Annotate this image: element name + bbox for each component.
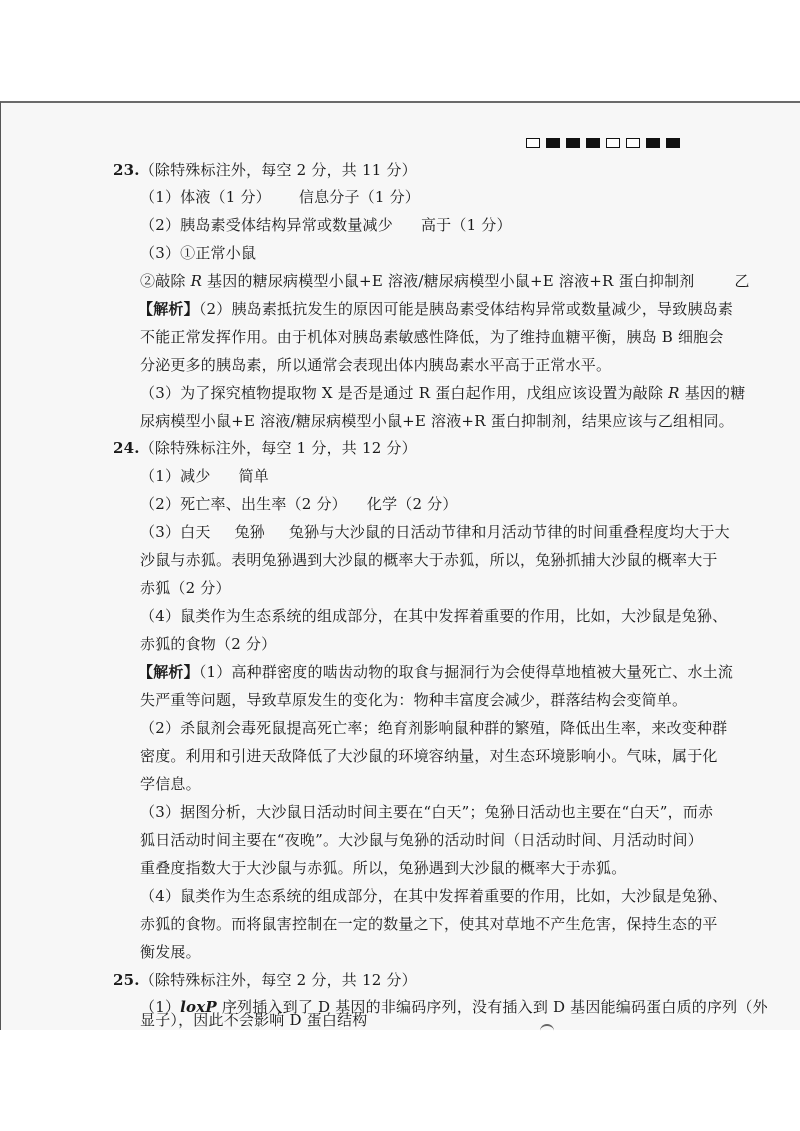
q25-answer-1-line: 显子），因此不会影响 D 蛋白结构 [140, 1010, 367, 1030]
q24-analysis-3-line: 重叠度指数大于大沙鼠与赤狐。所以，兔狲遇到大沙鼠的概率大于赤狐。 [140, 858, 626, 878]
marker-square-filled [666, 138, 680, 148]
q24-analysis-2-line: 学信息。 [140, 774, 201, 794]
answer-label: （1） [140, 467, 180, 485]
analysis-text: 基因的糖 [680, 384, 746, 402]
answer-text: 乙 [735, 272, 750, 290]
marker-square-empty [626, 138, 640, 148]
q23-analysis-3-line: （3）为了探究植物提取物 X 是否是通过 R 蛋白起作用，戊组应该设置为敲除 R… [140, 383, 745, 403]
analysis-text: （1）高种群密度的啮齿动物的取食与掘洞行为会使得草地植被大量死亡、水土流 [199, 663, 733, 681]
answer-text: 高于（1 分） [421, 216, 512, 234]
q24-answer-1: （1）减少简单 [140, 466, 269, 486]
answer-text: 死亡率、出生率（2 分） [180, 495, 347, 513]
answer-label: （2） [140, 495, 180, 513]
q24-number: 24. [113, 439, 140, 457]
q24-analysis-2: （2）杀鼠剂会毒死鼠提高死亡率；绝育剂影响鼠种群的繁殖，降低出生率，来改变种群 [140, 718, 727, 738]
q24-analysis-1: 【解析】（1）高种群密度的啮齿动物的取食与掘洞行为会使得草地植被大量死亡、水土流 [138, 662, 733, 682]
q23-analysis-line: 分泌更多的胰岛素，所以通常会表现出体内胰岛素水平高于正常水平。 [140, 355, 611, 375]
answer-text: 兔狲 [235, 523, 265, 541]
page-scan-artifact [540, 1024, 554, 1033]
q24-analysis-4: （4）鼠类作为生态系统的组成部分，在其中发挥着重要的作用，比如，大沙鼠是兔狲、 [140, 886, 727, 906]
marker-square-empty [606, 138, 620, 148]
answer-text: 白天 [180, 523, 210, 541]
q23-answer-1: （1）体液（1 分）信息分子（1 分） [140, 187, 420, 207]
answer-text: 基因的糖尿病模型小鼠+E 溶液/糖尿病模型小鼠+E 溶液+R 蛋白抑制剂 [202, 272, 694, 290]
answer-text: 兔狲与大沙鼠的日活动节律和月活动节律的时间重叠程度均大于大 [289, 523, 730, 541]
q25-number: 25. [113, 971, 140, 989]
answer-label: （3） [140, 523, 180, 541]
analysis-tag: 【解析】 [138, 300, 199, 318]
q24-analysis-4-line: 赤狐的食物。而将鼠害控制在一定的数量之下，使其对草地不产生危害，保持生态的平 [140, 914, 718, 934]
analysis-tag: 【解析】 [138, 663, 199, 681]
answer-text: 胰岛素受体结构异常或数量减少 [180, 216, 393, 234]
q25-scoring-note: （除特殊标注外，每空 2 分，共 12 分） [140, 971, 417, 989]
gene-name: R [191, 272, 203, 290]
q24-answer-3-line: 赤狐（2 分） [140, 578, 231, 598]
page-marker-squares [526, 138, 680, 148]
q23-answer-3-part2: ②敲除 R 基因的糖尿病模型小鼠+E 溶液/糖尿病模型小鼠+E 溶液+R 蛋白抑… [140, 271, 750, 291]
q24-analysis-1-line: 失严重等问题，导致草原发生的变化为：物种丰富度会减少，群落结构会变简单。 [140, 690, 687, 710]
q24-scoring-note: （除特殊标注外，每空 1 分，共 12 分） [140, 439, 417, 457]
answer-label: （1） [140, 188, 180, 206]
marker-square-filled [586, 138, 600, 148]
q23-analysis-3-line: 尿病模型小鼠+E 溶液/糖尿病模型小鼠+E 溶液+R 蛋白抑制剂，结果应该与乙组… [140, 411, 734, 431]
q23-heading: 23.（除特殊标注外，每空 2 分，共 11 分） [113, 160, 417, 180]
marker-square-filled [646, 138, 660, 148]
answer-text: ①正常小鼠 [180, 244, 256, 262]
q24-analysis-3: （3）据图分析，大沙鼠日活动时间主要在“白天”；兔狲日活动也主要在“白天”，而赤 [140, 802, 713, 822]
q23-analysis-line: 不能正常发挥作用。由于机体对胰岛素敏感性降低，为了维持血糖平衡，胰岛 B 细胞会 [140, 327, 724, 347]
answer-text: 信息分子（1 分） [299, 188, 420, 206]
answer-text: ②敲除 [140, 272, 191, 290]
q24-heading: 24.（除特殊标注外，每空 1 分，共 12 分） [113, 438, 417, 458]
answer-label: （2） [140, 216, 180, 234]
q24-answer-4-line: 赤狐的食物（2 分） [140, 634, 276, 654]
analysis-text: （2）胰岛素抵抗发生的原因可能是胰岛素受体结构异常或数量减少，导致胰岛素 [199, 300, 733, 318]
q24-answer-4: （4）鼠类作为生态系统的组成部分，在其中发挥着重要的作用，比如，大沙鼠是兔狲、 [140, 606, 727, 626]
marker-square-filled [566, 138, 580, 148]
q23-scoring-note: （除特殊标注外，每空 2 分，共 11 分） [140, 161, 417, 179]
q25-heading: 25.（除特殊标注外，每空 2 分，共 12 分） [113, 970, 417, 990]
answer-text: 减少 [180, 467, 210, 485]
gene-name: R [668, 384, 680, 402]
q24-answer-2: （2）死亡率、出生率（2 分）化学（2 分） [140, 494, 458, 514]
answer-text: 化学（2 分） [367, 495, 458, 513]
q23-analysis-line: 【解析】（2）胰岛素抵抗发生的原因可能是胰岛素受体结构异常或数量减少，导致胰岛素 [138, 299, 733, 319]
marker-square-empty [526, 138, 540, 148]
marker-square-filled [546, 138, 560, 148]
q24-analysis-4-line: 衡发展。 [140, 942, 201, 962]
q24-analysis-2-line: 密度。利用和引进天敌降低了大沙鼠的环境容纳量，对生态环境影响小。气味，属于化 [140, 746, 718, 766]
q23-number: 23. [113, 161, 140, 179]
answer-text: 简单 [239, 467, 269, 485]
q24-analysis-3-line: 狐日活动时间主要在“夜晚”。大沙鼠与兔狲的活动时间（日活动时间、月活动时间） [140, 830, 703, 850]
q23-answer-3: （3）①正常小鼠 [140, 243, 256, 263]
answer-text: 体液（1 分） [180, 188, 271, 206]
q24-answer-3: （3）白天兔狲兔狲与大沙鼠的日活动节律和月活动节律的时间重叠程度均大于大 [140, 522, 730, 542]
answer-label: （3） [140, 244, 180, 262]
q24-answer-3-line: 沙鼠与赤狐。表明兔狲遇到大沙鼠的概率大于赤狐，所以，兔狲抓捕大沙鼠的概率大于 [140, 550, 718, 570]
analysis-text: （3）为了探究植物提取物 X 是否是通过 R 蛋白起作用，戊组应该设置为敲除 [140, 384, 668, 402]
q23-answer-2: （2）胰岛素受体结构异常或数量减少高于（1 分） [140, 215, 512, 235]
